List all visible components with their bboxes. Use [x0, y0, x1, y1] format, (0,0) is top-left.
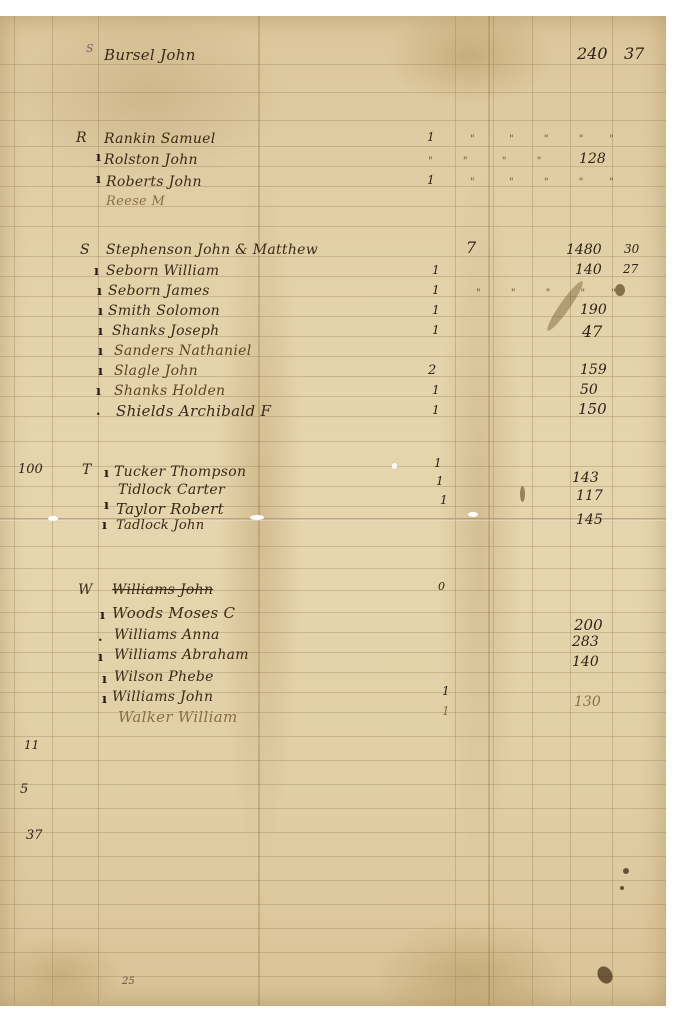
paper-hole — [250, 515, 264, 520]
ruled-line — [0, 672, 666, 673]
ink-stain — [620, 886, 624, 890]
entry-count: 1 — [440, 493, 448, 507]
entry-count: 1 — [434, 456, 442, 470]
entry-amount: 283 — [572, 634, 599, 650]
check-mark: ı — [100, 608, 105, 623]
entry-name: Slagle John — [114, 363, 198, 379]
ruled-line — [0, 952, 666, 953]
entry-name: Wilson Phebe — [114, 669, 214, 685]
ruled-line — [0, 904, 666, 905]
entry-amount: 117 — [576, 488, 603, 504]
margin-note: 11 — [24, 738, 39, 752]
entry-name: Shanks Joseph — [112, 323, 219, 339]
check-mark: ı — [96, 150, 101, 165]
entry-count: 1 — [427, 130, 435, 144]
check-mark: ı — [94, 264, 99, 279]
entry-count: 1 — [442, 684, 450, 698]
entry-count: 1 — [436, 474, 444, 488]
ditto-marks: " " " " " — [470, 177, 615, 188]
ink-stain — [623, 868, 629, 874]
entry-amount: 47 — [582, 322, 602, 341]
check-mark: ı — [98, 364, 103, 379]
entry-count: 7 — [466, 238, 476, 257]
section-letter: S — [80, 242, 90, 258]
entry-name: Rolston John — [104, 152, 198, 168]
entry-name: Williams John — [112, 689, 213, 705]
entry-name: Seborn William — [106, 263, 219, 279]
ruled-line — [0, 808, 666, 809]
entry-name: Williams Anna — [114, 627, 220, 643]
ruled-line — [0, 880, 666, 881]
entry-amount: 140 — [572, 654, 599, 670]
paper-hole — [48, 516, 58, 521]
check-mark: ı — [102, 518, 107, 533]
entry-amount: 190 — [580, 302, 607, 318]
ditto-marks: " " " " " — [470, 134, 615, 145]
ruled-line — [0, 276, 666, 277]
section-letter: T — [82, 462, 92, 478]
check-mark: ı — [102, 692, 107, 707]
paper-fold — [258, 16, 260, 1006]
ruled-line — [0, 206, 666, 207]
entry-count: 1 — [432, 283, 440, 297]
ruled-line — [0, 120, 666, 121]
column-line — [612, 16, 613, 1006]
entry-amount: 145 — [576, 512, 603, 528]
ruled-line — [0, 712, 666, 713]
entry-count: 1 — [432, 263, 440, 277]
ruled-line — [0, 760, 666, 761]
entry-count: 1 — [442, 704, 450, 718]
entry-name: Stephenson John & Matthew — [106, 242, 318, 258]
entry-count: 2 — [428, 363, 436, 378]
paper-hole — [468, 512, 478, 517]
check-mark: . — [96, 404, 101, 419]
ditto-marks: " " " " — [428, 156, 542, 167]
ruled-line — [0, 928, 666, 929]
entry-name: Bursel John — [104, 46, 196, 64]
entry-count: 1 — [427, 173, 435, 187]
section-letter: W — [78, 582, 93, 598]
margin-note: 100 — [18, 462, 43, 477]
check-mark: ı — [98, 650, 103, 665]
ruled-line — [0, 166, 666, 167]
entry-name: Taylor Robert — [116, 500, 224, 518]
ruled-line — [0, 832, 666, 833]
entry-name: Tucker Thompson — [114, 464, 246, 480]
entry-name: Sanders Nathaniel — [114, 343, 251, 359]
ruled-line — [0, 146, 666, 147]
section-letter: R — [76, 130, 87, 146]
ledger-page: S Bursel John 240 37 R Rankin Samuel 1 "… — [0, 16, 666, 1006]
entry-name: Smith Solomon — [108, 303, 220, 319]
entry-amount: 1480 — [566, 242, 602, 258]
entry-count: 1 — [432, 323, 440, 337]
entry-name: Tadlock John — [116, 518, 204, 533]
entry-amount: 159 — [580, 362, 607, 378]
ruled-line — [0, 590, 666, 591]
ruled-line — [0, 486, 666, 487]
entry-name: Shanks Holden — [114, 383, 225, 399]
entry-amount: 128 — [579, 151, 606, 167]
entry-name-struck: Williams John — [112, 582, 213, 598]
entry-name: Rankin Samuel — [104, 131, 216, 147]
ruled-line — [0, 976, 666, 977]
check-mark: ı — [98, 324, 103, 339]
check-mark: ı — [102, 672, 107, 687]
entry-amount: 150 — [578, 400, 607, 418]
entry-cents: 30 — [624, 242, 639, 256]
paper-hole — [392, 463, 397, 469]
entry-name: Roberts John — [106, 174, 202, 190]
ruled-line — [0, 856, 666, 857]
entry-name: Woods Moses C — [112, 604, 235, 622]
margin-note: 37 — [26, 828, 43, 843]
entry-amount: 143 — [572, 470, 599, 486]
entry-name: Walker William — [118, 708, 237, 726]
entry-name: Williams Abraham — [114, 647, 249, 663]
entry-name: Reese M — [106, 194, 165, 209]
margin-note: 5 — [20, 782, 28, 797]
ruled-line — [0, 568, 666, 569]
check-mark: . — [98, 630, 103, 645]
entry-cents: 27 — [623, 262, 638, 276]
check-mark: ı — [104, 466, 109, 481]
check-mark: ı — [96, 172, 101, 187]
entry-amount: 200 — [574, 616, 603, 634]
check-mark: ı — [97, 284, 102, 299]
entry-name: Shields Archibald F — [116, 402, 271, 420]
entry-count: 0 — [438, 580, 445, 593]
ruled-line — [0, 466, 666, 467]
ruled-line — [0, 226, 666, 227]
ruled-line — [0, 441, 666, 442]
column-line — [570, 16, 571, 1006]
check-mark: ı — [98, 304, 103, 319]
margin-note: 25 — [122, 976, 135, 987]
entry-cents: 37 — [624, 44, 644, 63]
check-mark: ı — [104, 498, 109, 513]
ruled-line — [0, 692, 666, 693]
column-line — [52, 16, 53, 1006]
column-line — [14, 16, 15, 1006]
entry-count: 1 — [432, 303, 440, 317]
entry-count: 1 — [432, 383, 440, 397]
ruled-line — [0, 736, 666, 737]
ruled-line — [0, 92, 666, 93]
section-letter: S — [86, 42, 94, 55]
paper-fold — [0, 518, 666, 521]
entry-amount: 50 — [580, 382, 598, 398]
entry-name: Tidlock Carter — [118, 482, 225, 498]
entry-amount: 130 — [574, 694, 601, 710]
check-mark: ı — [96, 384, 101, 399]
ruled-line — [0, 506, 666, 507]
ink-stain — [520, 486, 525, 502]
check-mark: ı — [98, 344, 103, 359]
entry-name: Seborn James — [108, 283, 210, 299]
entry-amount: 140 — [575, 262, 602, 278]
ruled-line — [0, 784, 666, 785]
ruled-line — [0, 64, 666, 65]
entry-amount: 240 — [577, 44, 608, 63]
ditto-marks: " " " " " — [476, 288, 617, 299]
entry-count: 1 — [432, 403, 440, 417]
ruled-line — [0, 546, 666, 547]
